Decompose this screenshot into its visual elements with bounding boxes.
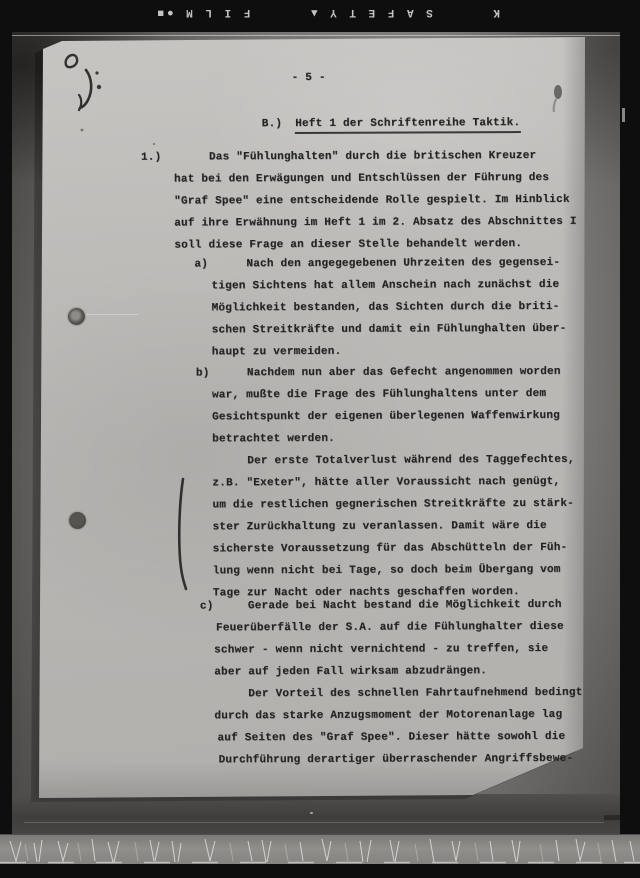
hole-scratch-mark — [86, 314, 138, 315]
dust-speck — [310, 812, 313, 814]
hole-punch-upper — [68, 308, 85, 325]
scratch-marks — [0, 835, 640, 865]
film-border-bottom — [0, 864, 640, 878]
hole-punch-lower — [69, 512, 86, 529]
film-scratch-line — [24, 822, 604, 823]
film-edge-tick — [622, 108, 625, 122]
film-border-top: K S A F E T Y ▲ F I L M ●■ — [0, 0, 640, 32]
film-edge-text: K S A F E T Y ▲ F I L M ●■ — [148, 1, 500, 18]
scanned-page — [36, 36, 588, 800]
film-scratch-strip — [0, 834, 640, 865]
film-border-right — [620, 32, 640, 834]
microfilm-scan: - 5 - B.)Heft 1 der Schriftenreihe Takti… — [0, 0, 640, 878]
film-border-left — [0, 32, 12, 834]
